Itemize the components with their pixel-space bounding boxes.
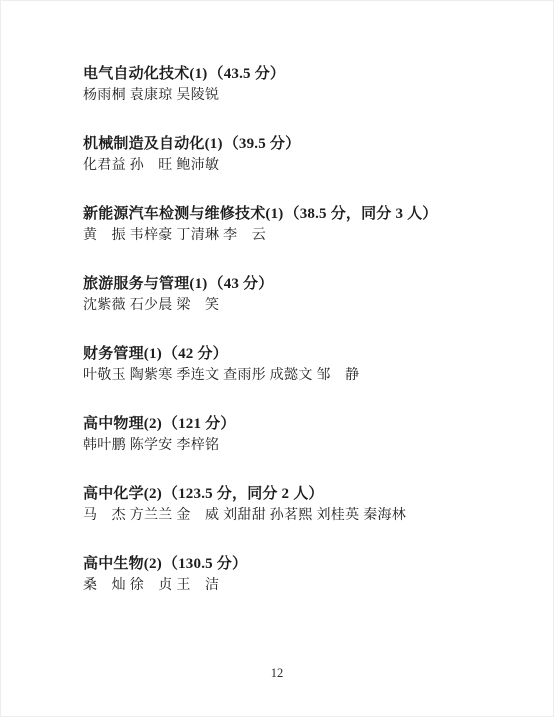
award-names: 杨雨桐 袁康琼 吴陵锐 [83, 85, 517, 107]
award-section: 机械制造及自动化(1)（39.5 分） 化君益 孙 旺 鲍沛敏 [83, 133, 517, 177]
award-title-text: 电气自动化技术(1) [83, 66, 208, 82]
award-score: （123.5 分，同分 2 人） [163, 486, 324, 502]
award-title-text: 高中生物(2) [83, 556, 162, 572]
award-title-text: 机械制造及自动化(1) [83, 136, 223, 152]
award-section: 高中化学(2)（123.5 分，同分 2 人） 马 杰 方兰兰 金 威 刘甜甜 … [83, 483, 517, 527]
award-names: 黄 振 韦梓豪 丁清琳 李 云 [83, 225, 517, 247]
award-score: （130.5 分） [163, 556, 247, 572]
award-title: 财务管理(1)（42 分） [83, 343, 517, 365]
award-section: 高中物理(2)（121 分） 韩叶鹏 陈学安 李梓铭 [83, 413, 517, 457]
award-score: （43.5 分） [209, 66, 286, 82]
award-title: 高中化学(2)（123.5 分，同分 2 人） [83, 483, 517, 505]
award-score: （42 分） [163, 346, 228, 362]
award-score: （121 分） [163, 416, 236, 432]
award-section: 电气自动化技术(1)（43.5 分） 杨雨桐 袁康琼 吴陵锐 [83, 63, 517, 107]
award-names: 叶敬玉 陶紫寒 季连文 查雨彤 成懿文 邹 静 [83, 365, 517, 387]
award-title-text: 高中化学(2) [83, 486, 162, 502]
award-section: 高中生物(2)（130.5 分） 桑 灿 徐 贞 王 洁 [83, 553, 517, 597]
award-names: 化君益 孙 旺 鲍沛敏 [83, 155, 517, 177]
award-section: 旅游服务与管理(1)（43 分） 沈紫薇 石少晨 梁 笑 [83, 273, 517, 317]
award-title-text: 高中物理(2) [83, 416, 162, 432]
award-title: 新能源汽车检测与维修技术(1)（38.5 分，同分 3 人） [83, 203, 517, 225]
award-score: （38.5 分，同分 3 人） [285, 206, 438, 222]
award-names: 马 杰 方兰兰 金 威 刘甜甜 孙茗熙 刘桂英 秦海林 [83, 505, 517, 527]
award-section: 新能源汽车检测与维修技术(1)（38.5 分，同分 3 人） 黄 振 韦梓豪 丁… [83, 203, 517, 247]
award-title: 高中物理(2)（121 分） [83, 413, 517, 435]
document-page: 电气自动化技术(1)（43.5 分） 杨雨桐 袁康琼 吴陵锐 机械制造及自动化(… [0, 0, 554, 717]
award-title: 机械制造及自动化(1)（39.5 分） [83, 133, 517, 155]
award-title: 旅游服务与管理(1)（43 分） [83, 273, 517, 295]
award-score: （43 分） [209, 276, 274, 292]
award-names: 沈紫薇 石少晨 梁 笑 [83, 295, 517, 317]
award-names: 韩叶鹏 陈学安 李梓铭 [83, 435, 517, 457]
award-title-text: 旅游服务与管理(1) [83, 276, 208, 292]
award-title: 高中生物(2)（130.5 分） [83, 553, 517, 575]
award-names: 桑 灿 徐 贞 王 洁 [83, 575, 517, 597]
award-section: 财务管理(1)（42 分） 叶敬玉 陶紫寒 季连文 查雨彤 成懿文 邹 静 [83, 343, 517, 387]
award-list: 电气自动化技术(1)（43.5 分） 杨雨桐 袁康琼 吴陵锐 机械制造及自动化(… [83, 63, 517, 623]
award-title-text: 新能源汽车检测与维修技术(1) [83, 206, 284, 222]
page-number: 12 [1, 665, 553, 681]
award-title-text: 财务管理(1) [83, 346, 162, 362]
award-title: 电气自动化技术(1)（43.5 分） [83, 63, 517, 85]
award-score: （39.5 分） [224, 136, 301, 152]
